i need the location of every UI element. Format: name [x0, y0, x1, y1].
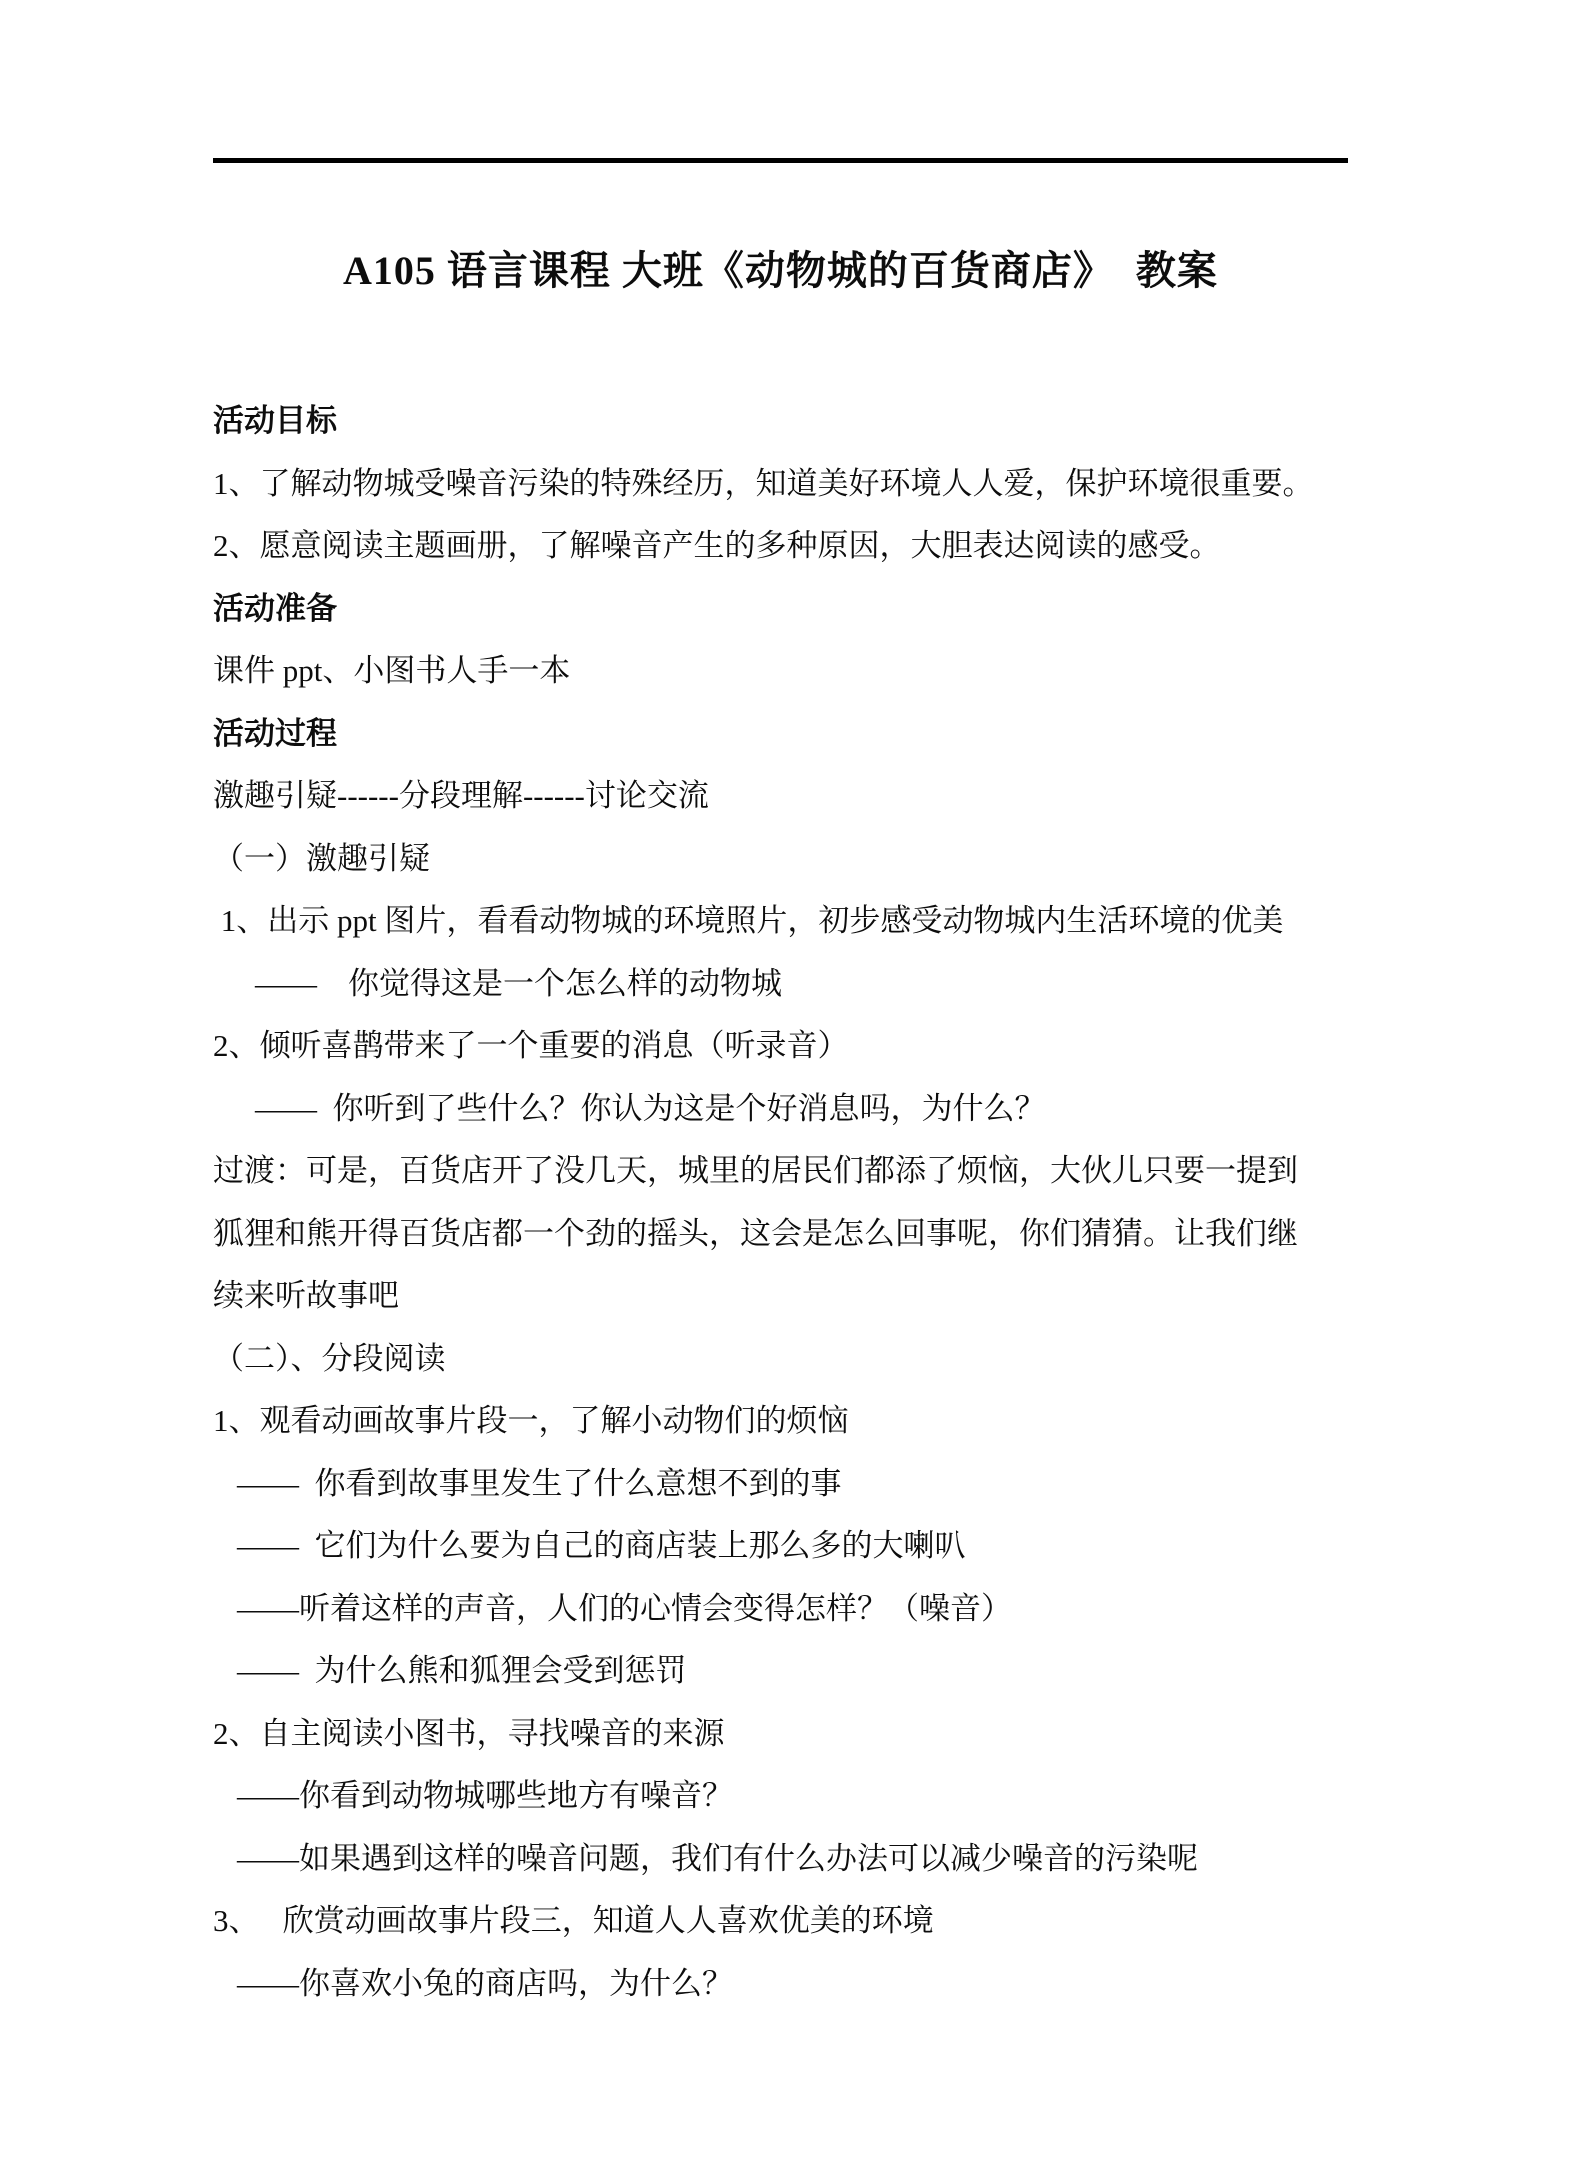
text-line: 续来听故事吧 — [213, 1265, 1353, 1328]
text-line: ——听着这样的声音，人们的心情会变得怎样？（噪音） — [213, 1578, 1353, 1641]
document-title: A105 语言课程 大班《动物城的百货商店》 教案 — [213, 239, 1348, 296]
text-line: ——你喜欢小兔的商店吗，为什么？ — [213, 1953, 1353, 2016]
text-line: ——如果遇到这样的噪音问题，我们有什么办法可以减少噪音的污染呢 — [213, 1828, 1353, 1891]
text-line: 过渡：可是，百货店开了没几天，城里的居民们都添了烦恼，大伙儿只要一提到 — [213, 1140, 1353, 1203]
text-line: （二）、分段阅读 — [213, 1328, 1353, 1391]
document-body: 活动目标1、了解动物城受噪音污染的特殊经历，知道美好环境人人爱，保护环境很重要。… — [213, 390, 1353, 2015]
text-line: 1、观看动画故事片段一，了解小动物们的烦恼 — [213, 1390, 1353, 1453]
text-line: 狐狸和熊开得百货店都一个劲的摇头，这会是怎么回事呢，你们猜猜。让我们继 — [213, 1203, 1353, 1266]
text-line: —— 你看到故事里发生了什么意想不到的事 — [213, 1453, 1353, 1516]
text-line: —— 你听到了些什么？你认为这是个好消息吗，为什么？ — [213, 1078, 1353, 1141]
text-line: 3、 欣赏动画故事片段三，知道人人喜欢优美的环境 — [213, 1890, 1353, 1953]
section-heading: 活动准备 — [213, 578, 1353, 641]
text-line: ——你看到动物城哪些地方有噪音？ — [213, 1765, 1353, 1828]
text-line: 2、倾听喜鹊带来了一个重要的消息（听录音） — [213, 1015, 1353, 1078]
text-line: 2、自主阅读小图书，寻找噪音的来源 — [213, 1703, 1353, 1766]
text-line: 1、了解动物城受噪音污染的特殊经历，知道美好环境人人爱，保护环境很重要。 — [213, 453, 1353, 516]
text-line: 课件 ppt、小图书人手一本 — [213, 640, 1353, 703]
text-line: 激趣引疑------分段理解------讨论交流 — [213, 765, 1353, 828]
text-line: —— 你觉得这是一个怎么样的动物城 — [213, 953, 1353, 1016]
section-heading: 活动过程 — [213, 703, 1353, 766]
text-line: 1、出示 ppt 图片，看看动物城的环境照片，初步感受动物城内生活环境的优美 — [213, 890, 1353, 953]
header-rule — [213, 158, 1348, 163]
text-line: —— 为什么熊和狐狸会受到惩罚 — [213, 1640, 1353, 1703]
text-line: 2、愿意阅读主题画册，了解噪音产生的多种原因，大胆表达阅读的感受。 — [213, 515, 1353, 578]
section-heading: 活动目标 — [213, 390, 1353, 453]
document-page: A105 语言课程 大班《动物城的百货商店》 教案 活动目标1、了解动物城受噪音… — [0, 0, 1587, 2159]
text-line: —— 它们为什么要为自己的商店装上那么多的大喇叭 — [213, 1515, 1353, 1578]
text-line: （一）激趣引疑 — [213, 828, 1353, 891]
